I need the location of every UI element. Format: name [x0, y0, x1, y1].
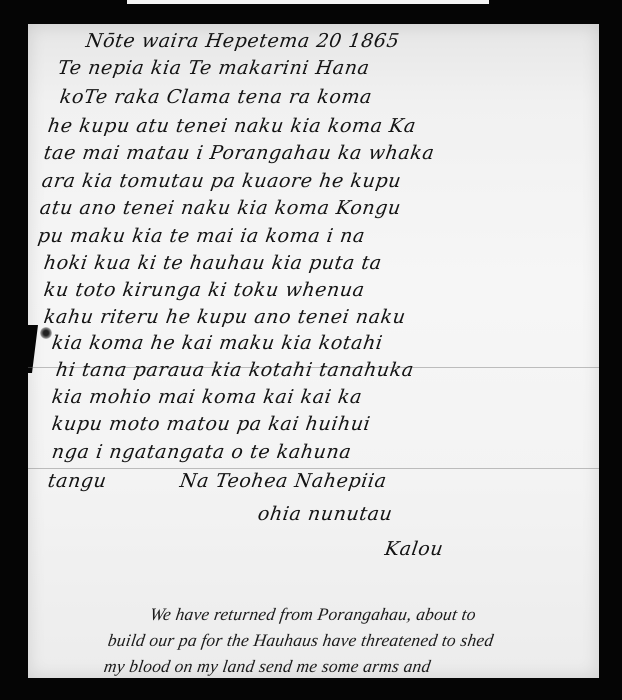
letter-line: koTe raka Clama tena ra koma: [58, 86, 373, 108]
letter-line: pu maku kia te mai ia koma i na: [36, 225, 366, 247]
letter-line: atu ano tenei naku kia koma Kongu: [38, 197, 402, 219]
signature: Kalou: [383, 538, 444, 560]
letter-line: nga i ngatangata o te kahuna: [50, 441, 352, 463]
letter-line: he kupu atu tenei naku kia koma Ka: [46, 115, 417, 137]
letter-closing-2: ohia nunutau: [256, 503, 394, 525]
letter-line: ara kia tomutau pa kuaore he kupu: [40, 170, 402, 192]
letter-line: Te nepia kia Te makarini Hana: [56, 57, 371, 79]
letter-line: ku toto kirunga ki toku whenua: [42, 279, 366, 301]
letter-line: kahu riteru he kupu ano tenei naku: [42, 306, 407, 328]
letter-date-line: Nōte waira Hepetema 20 1865: [84, 30, 400, 52]
letter-line: hoki kua ki te hauhau kia puta ta: [42, 252, 383, 274]
letter-line: tangu: [46, 470, 108, 492]
ink-blot: [40, 327, 52, 339]
translation-line: my blood on my land send me some arms an…: [103, 656, 433, 677]
scan-top-strip: [127, 0, 489, 4]
translation-line: We have returned from Porangahau, about …: [149, 604, 478, 625]
letter-closing: Na Teohea Nahepiia: [178, 470, 388, 492]
letter-line: kia mohio mai koma kai kai ka: [50, 386, 363, 408]
translation-line: build our pa for the Hauhaus have threat…: [107, 630, 495, 651]
letter-line: kupu moto matou pa kai huihui: [50, 413, 372, 435]
letter-line: tae mai matau i Porangahau ka whaka: [42, 142, 435, 164]
fold-line: [28, 468, 599, 469]
letter-line: kia koma he kai maku kia kotahi: [50, 332, 384, 354]
letter-line: hi tana paraua kia kotahi tanahuka: [54, 359, 415, 381]
